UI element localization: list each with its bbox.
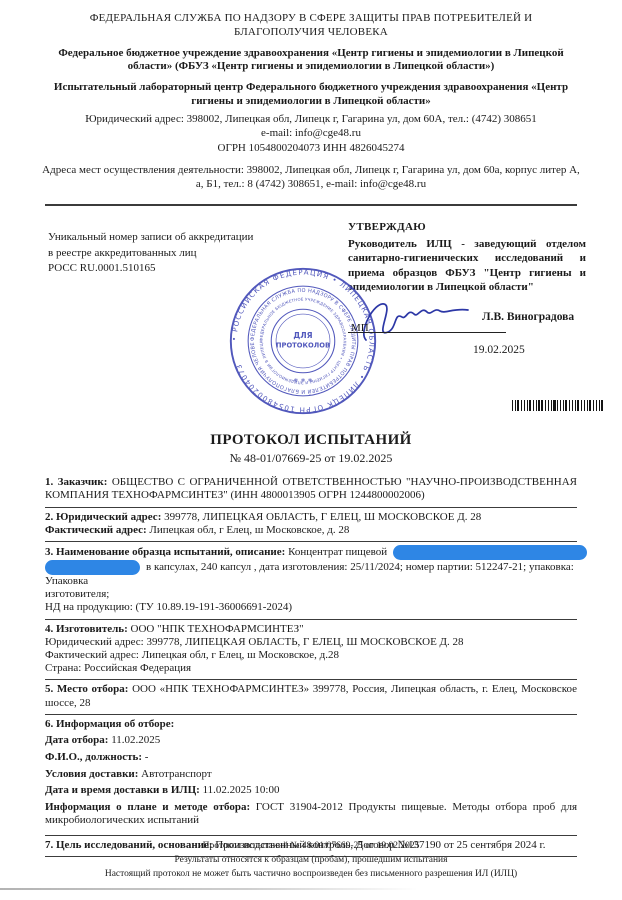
page-footer: Протокол испытаний № 48-01/07669-25 от 1… [0,840,622,881]
section1-value: ОБЩЕСТВО С ОГРАНИЧЕННОЙ ОТВЕТСТВЕННОСТЬЮ… [45,476,577,501]
section4-label: 4. Изготовитель: [45,623,128,635]
section6-row3-label: Дата и время доставки в ИЛЦ: [45,784,200,796]
stamp-center-line2: ПРОТОКОЛОВ [276,342,330,350]
email-line: e-mail: info@cge48.ru [0,127,622,141]
lab-center-name: Испытательный лабораторный центр Федерал… [41,81,581,109]
sections-table: 1. Заказчик: ОБЩЕСТВО С ОГРАНИЧЕННОЙ ОТВ… [45,473,577,857]
section3-value-end: изготовителя; [45,588,577,601]
section6-row3-value: 11.02.2025 10:00 [203,784,280,796]
approval-block: УТВЕРЖДАЮ Руководитель ИЛЦ - заведующий … [348,220,586,295]
signature-line [348,332,506,333]
section5-label: 5. Место отбора: [45,683,128,695]
accreditation-line-2: в реестре аккредитованных лиц [48,246,288,261]
section2-label1: 2. Юридический адрес: [45,511,161,523]
footer-protocol-ref: Протокол испытаний № 48-01/07669-25 от 1… [0,840,622,854]
section6-label: 6. Информация об отборе: [45,718,174,730]
document-title: ПРОТОКОЛ ИСПЫТАНИЙ [0,432,622,449]
approval-date: 19.02.2025 [473,344,525,356]
document-page: ФЕДЕРАЛЬНАЯ СЛУЖБА ПО НАДЗОРУ В СФЕРЕ ЗА… [0,0,622,900]
section6-row2-value: Автотранспорт [141,768,212,780]
document-number: № 48-01/07669-25 от 19.02.2025 [0,451,622,466]
stamp-decor-stars: * * * [294,378,313,388]
footer-copy-note: Настоящий протокол не может быть частичн… [0,868,622,882]
section-legal-address: 2. Юридический адрес: 399778, ЛИПЕЦКАЯ О… [45,508,577,542]
barcode [512,400,605,411]
section2-value1: 399778, ЛИПЕЦКАЯ ОБЛАСТЬ, Г ЕЛЕЦ, Ш МОСК… [164,511,481,523]
approval-band: Уникальный номер записи об аккредитации … [0,206,622,430]
section-manufacturer: 4. Изготовитель: ООО "НПК ТЕХНОФАРМСИНТЕ… [45,620,577,681]
section6-row1-label: Ф.И.О., должность: [45,751,142,763]
stamp-center-line1: ДЛЯ [293,331,312,340]
section2-value2: Липецкая обл, г Елец, ш Московское, д. 2… [149,524,349,536]
section-sample-description: 3. Наименование образца испытаний, описа… [45,542,577,620]
section-sampling-place: 5. Место отбора: ООО «НПК ТЕХНОФАРМСИНТЕ… [45,680,577,714]
mp-label: МП [351,322,369,334]
document-header: ФЕДЕРАЛЬНАЯ СЛУЖБА ПО НАДЗОРУ В СФЕРЕ ЗА… [0,0,622,191]
section3-nd-line: НД на продукцию: (ТУ 10.89.19-191-360066… [45,601,577,614]
activity-addresses: Адреса мест осуществления деятельности: … [41,164,581,192]
redaction-block-1 [393,545,587,560]
section6-row0-label: Дата отбора: [45,734,108,746]
approver-name: Л.В. Виноградова [482,311,574,323]
approval-heading: УТВЕРЖДАЮ [348,220,586,235]
section-customer: 1. Заказчик: ОБЩЕСТВО С ОГРАНИЧЕННОЙ ОТВ… [45,473,577,507]
section-sampling-info: 6. Информация об отборе: Дата отбора: 11… [45,715,577,836]
approval-text: Руководитель ИЛЦ - заведующий отделом са… [348,237,586,295]
ogrn-inn-line: ОГРН 1054800204073 ИНН 4826045274 [0,142,622,156]
signature-scribble [356,294,474,344]
section4-country: Страна: Российская Федерация [45,662,577,675]
stamp-ring-inner: ФЕДЕРАЛЬНОЕ БЮДЖЕТНОЕ УЧРЕЖДЕНИЕ ЗДРАВОО… [226,264,347,385]
scan-edge-artifact [0,888,418,890]
section6-row4-label: Информация о плане и методе отбора: [45,801,250,813]
section4-value: ООО "НПК ТЕХНОФАРМСИНТЕЗ" [131,623,304,635]
section3-label: 3. Наименование образца испытаний, описа… [45,546,285,559]
section4-actual-address: Фактический адрес: Липецкая обл, г Елец,… [45,649,577,662]
section1-label: 1. Заказчик: [45,476,107,488]
section4-legal-address: Юридический адрес: 399778, ЛИПЕЦКАЯ ОБЛА… [45,636,577,649]
section3-value-start: Концентрат пищевой [285,546,387,559]
section6-row2-label: Условия доставки: [45,768,138,780]
title-block: ПРОТОКОЛ ИСПЫТАНИЙ № 48-01/07669-25 от 1… [0,432,622,466]
redaction-block-2 [45,560,140,575]
legal-address: Юридический адрес: 398002, Липецкая обл,… [0,113,622,127]
accreditation-line-1: Уникальный номер записи об аккредитации [48,230,288,245]
footer-results-note: Результаты относятся к образцам (пробам)… [0,854,622,868]
section6-row1-value: - [145,751,149,763]
organization-name: Федеральное бюджетное учреждение здравоо… [41,47,581,75]
section2-label2: Фактический адрес: [45,524,147,536]
section6-row0-value: 11.02.2025 [111,734,160,746]
federal-service-title: ФЕДЕРАЛЬНАЯ СЛУЖБА ПО НАДЗОРУ В СФЕРЕ ЗА… [51,12,571,40]
